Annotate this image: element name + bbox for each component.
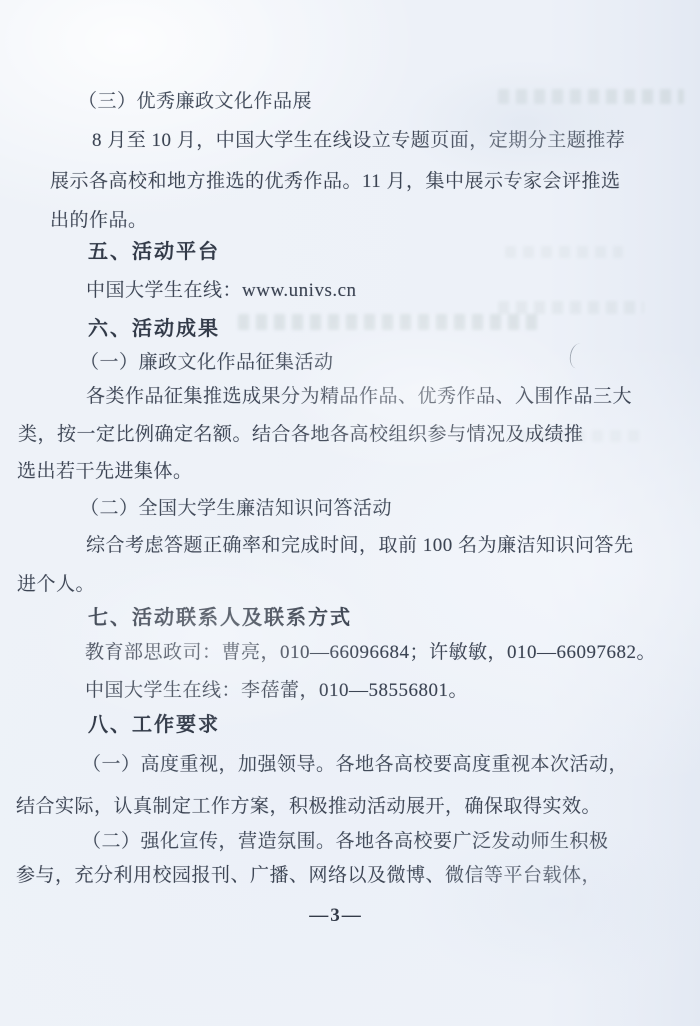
bleed-through-mark — [238, 314, 541, 330]
subheading-1-works-collection: （一）廉政文化作品征集活动 — [80, 351, 334, 375]
bleed-through-mark — [505, 246, 623, 258]
line-platform-url: 中国大学生在线：www.univs.cn — [86, 279, 357, 303]
line-contact-moe: 教育部思政司：曹亮，010—66096684；许敏敏，010—66097682。 — [85, 641, 656, 665]
para-requirement1-line-1: （一）高度重视，加强领导。各地各高校要高度重视本次活动， — [82, 753, 628, 777]
para-quiz-line-2: 进个人。 — [17, 573, 95, 597]
subheading-3-works-exhibition: （三）优秀廉政文化作品展 — [78, 90, 312, 114]
bleed-through-mark — [498, 89, 684, 104]
para-requirement2-line-2: 参与，充分利用校园报刊、广播、网络以及微博、微信等平台载体， — [16, 864, 601, 888]
heading-6-activity-results: 六、活动成果 — [88, 317, 220, 341]
heading-7-contacts: 七、活动联系人及联系方式 — [88, 606, 352, 630]
para-exhibition-line-2: 展示各高校和地方推选的优秀作品。11 月，集中展示专家会评推选 — [50, 170, 621, 194]
bleed-through-mark — [498, 301, 644, 314]
para-exhibition-line-3: 出的作品。 — [50, 209, 148, 233]
para-collection-line-1: 各类作品征集推选成果分为精品作品、优秀作品、入围作品三大 — [86, 385, 632, 409]
para-requirement1-line-2: 结合实际，认真制定工作方案，积极推动活动展开，确保取得实效。 — [16, 795, 601, 819]
para-requirement2-line-1: （二）强化宣传，营造氛围。各地各高校要广泛发动师生积极 — [82, 830, 609, 854]
subheading-2-knowledge-quiz: （二）全国大学生廉洁知识问答活动 — [80, 497, 392, 521]
line-contact-univs: 中国大学生在线：李蓓蕾，010—58556801。 — [85, 679, 468, 703]
para-exhibition-line-1: 8 月至 10 月，中国大学生在线设立专题页面，定期分主题推荐 — [92, 129, 625, 153]
page-number: —3— — [0, 905, 672, 927]
para-collection-line-2: 类，按一定比例确定名额。结合各地各高校组织参与情况及成绩推 — [18, 423, 584, 447]
para-quiz-line-1: 综合考虑答题正确率和完成时间，取前 100 名为廉洁知识问答先 — [86, 534, 634, 558]
para-collection-line-3: 选出若干先进集体。 — [17, 460, 193, 484]
pencil-mark — [568, 342, 582, 368]
heading-5-activity-platform: 五、活动平台 — [88, 240, 220, 264]
heading-8-work-requirements: 八、工作要求 — [88, 713, 220, 737]
document-page: （三）优秀廉政文化作品展 8 月至 10 月，中国大学生在线设立专题页面，定期分… — [0, 0, 700, 1026]
